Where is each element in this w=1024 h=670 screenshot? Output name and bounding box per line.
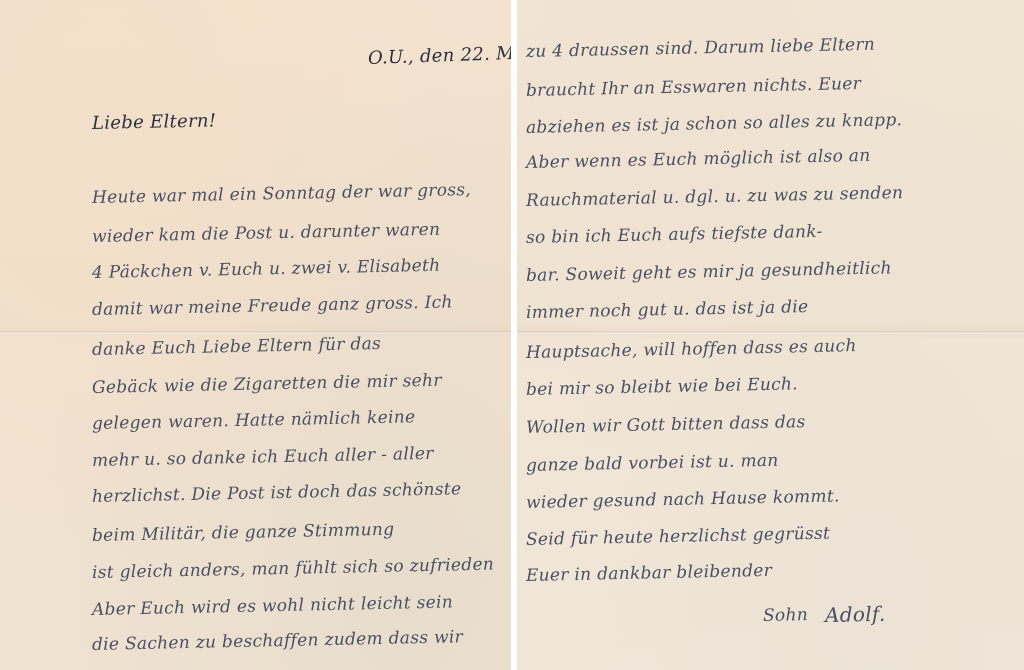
letter-line: immer noch gut u. das ist ja die <box>526 297 809 323</box>
letter-line: zu 4 draussen sind. Darum liebe Eltern <box>526 35 875 62</box>
letter-line: beim Militär, die ganze Stimmung <box>92 520 395 546</box>
letter-line: wieder gesund nach Hause kommt. <box>526 486 840 513</box>
letter-line: ist gleich anders, man fühlt sich so zuf… <box>92 555 494 583</box>
paper-fold-line <box>0 331 511 334</box>
letter-line: abziehen es ist ja schon so alles zu kna… <box>526 110 903 138</box>
signature-name: Adolf. <box>825 602 886 627</box>
letter-line: die Sachen zu beschaffen zudem dass wir <box>92 627 463 655</box>
letter-line: bei mir so bleibt wie bei Euch. <box>526 374 798 400</box>
letter-line: Gebäck wie die Zigaretten die mir sehr <box>92 371 442 398</box>
letter-page-left: O.U., den 22. März 42 Liebe Eltern! Heut… <box>0 0 511 670</box>
letter-line: damit war meine Freude ganz gross. Ich <box>92 292 453 320</box>
letter-line: Rauchmaterial u. dgl. u. zu was zu sende… <box>526 183 904 211</box>
letter-line: Aber Euch wird es wohl nicht leicht sein <box>92 592 453 620</box>
letter-line: Seid für heute herzlichst gegrüsst <box>526 524 831 550</box>
letter-line: bar. Soweit geht es mir ja gesundheitlic… <box>526 258 892 286</box>
letter-line: danke Euch Liebe Eltern für das <box>92 334 381 360</box>
letter-page-right: zu 4 draussen sind. Darum liebe Eltern b… <box>517 0 1024 670</box>
letter-line: so bin ich Euch aufs tiefste dank- <box>526 222 823 248</box>
letter-line: ganze bald vorbei ist u. man <box>526 451 779 476</box>
letter-line: herzlichst. Die Post ist doch das schöns… <box>92 479 462 507</box>
letter-line: Wollen wir Gott bitten dass das <box>526 412 806 438</box>
letter-line: gelegen waren. Hatte nämlich keine <box>92 407 416 434</box>
letter-salutation: Liebe Eltern! <box>92 110 217 134</box>
letter-dateline: O.U., den 22. März 42 <box>368 41 511 69</box>
letter-line: Hauptsache, will hoffen dass es auch <box>526 336 857 363</box>
letter-line: braucht Ihr an Esswaren nichts. Euer <box>526 74 861 101</box>
letter-line: 4 Päckchen v. Euch u. zwei v. Elisabeth <box>92 256 441 283</box>
letter-line: Euer in dankbar bleibender <box>526 561 773 586</box>
signature-prefix: Sohn <box>763 605 808 626</box>
letter-line: Heute war mal ein Sonntag der war gross, <box>92 180 471 208</box>
letter-line: mehr u. so danke ich Euch aller - aller <box>92 444 434 471</box>
letter-line: wieder kam die Post u. darunter waren <box>92 220 441 247</box>
letter-line: Aber wenn es Euch möglich ist also an <box>526 146 871 173</box>
paper-fold-line <box>517 331 1024 334</box>
